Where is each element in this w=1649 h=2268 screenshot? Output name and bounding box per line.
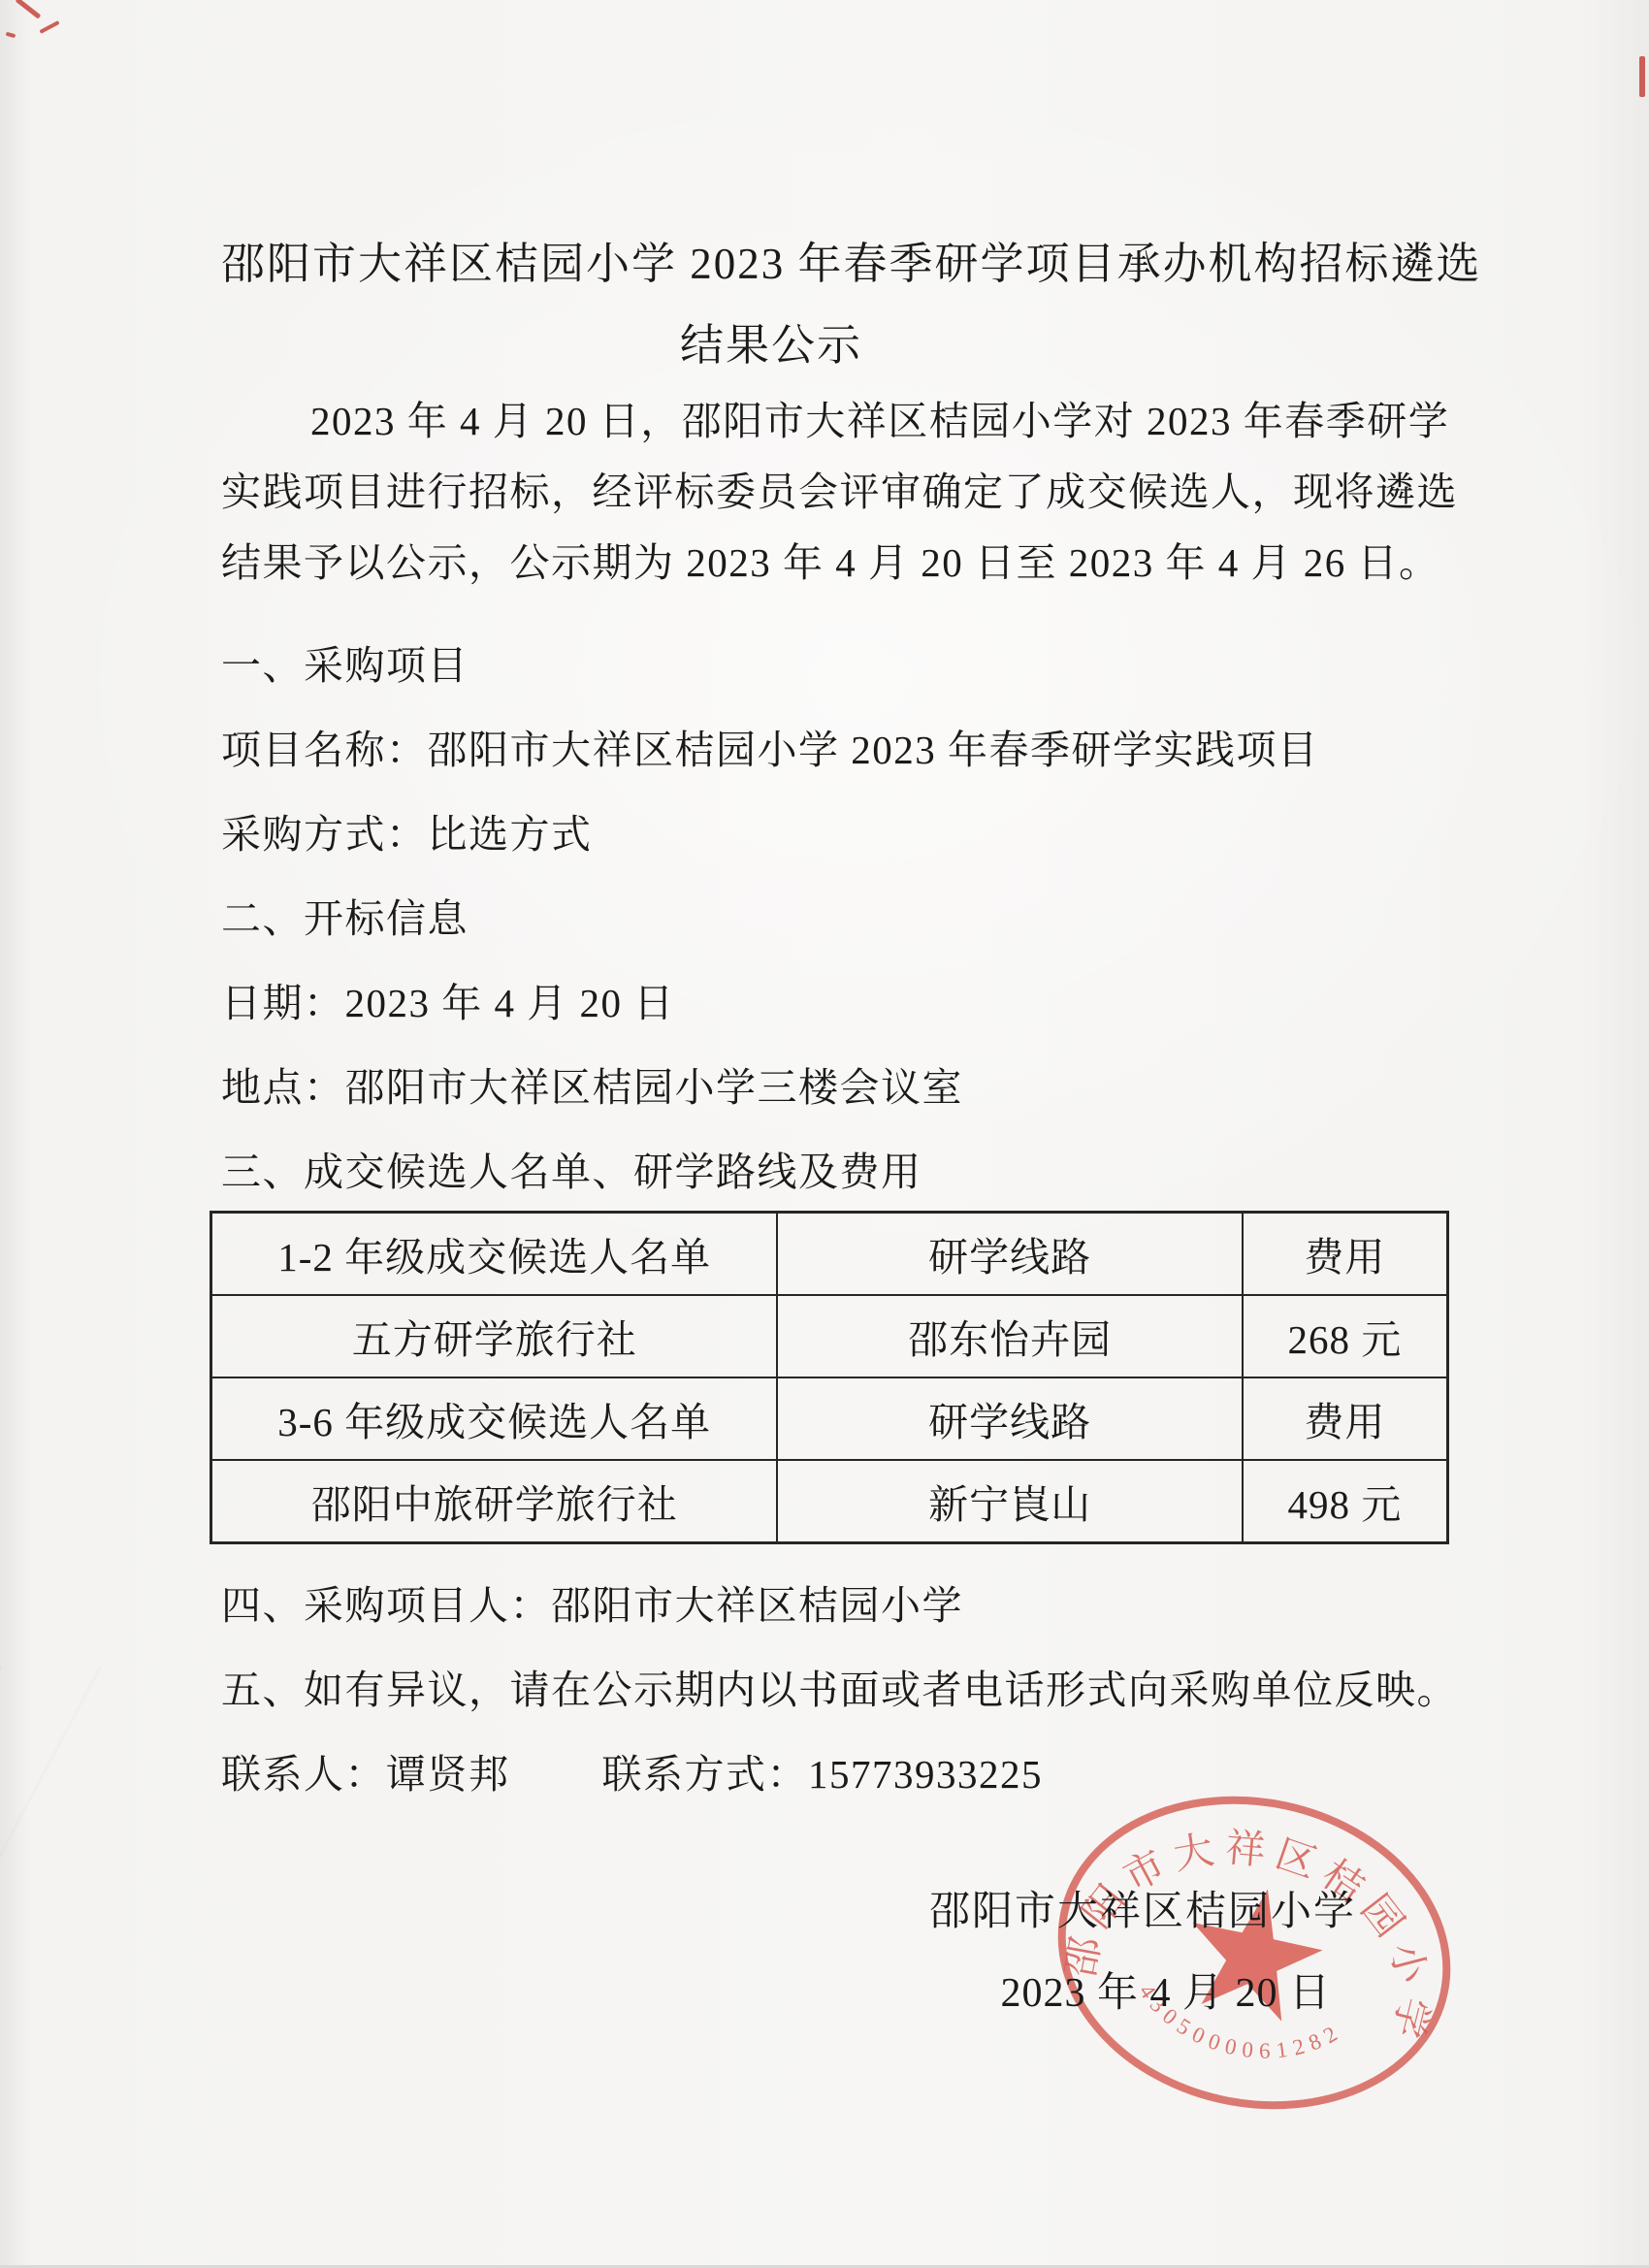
purchaser-line: 四、采购项目人：邵阳市大祥区桔园小学 [221,1564,1447,1648]
section-list: 一、采购项目 项目名称：邵阳市大祥区桔园小学 2023 年春季研学实践项目 采购… [221,624,1447,1215]
table-row-grade36-winner: 邵阳中旅研学旅行社 新宁崀山 498 元 [211,1460,1448,1543]
purchase-method-line: 采购方式：比选方式 [221,793,1447,877]
table-cell: 邵东怡卉园 [777,1295,1242,1377]
table-cell: 邵阳中旅研学旅行社 [211,1460,778,1543]
paragraph-line: 实践项目进行招标，经评标委员会评审确定了成交候选人，现将遴选 [221,457,1447,528]
document-content: 邵阳市大祥区桔园小学 2023 年春季研学项目承办机构招标遴选 结果公示 202… [0,0,1649,2034]
table-cell: 研学线路 [777,1377,1242,1460]
table-cell: 费用 [1243,1213,1448,1296]
bid-date-line: 日期：2023 年 4 月 20 日 [221,961,1447,1046]
table-cell: 268 元 [1243,1295,1448,1377]
signature-date: 2023 年 4 月 20 日 [221,1953,1447,2034]
paragraph-line: 结果予以公示，公示期为 2023 年 4 月 20 日至 2023 年 4 月 … [221,528,1447,599]
signature-block: 邵阳市大祥区桔园小学 2023 年 4 月 20 日 [221,1871,1447,2034]
signature-organization: 邵阳市大祥区桔园小学 [221,1871,1447,1953]
title-line-1: 邵阳市大祥区桔园小学 2023 年春季研学项目承办机构招标遴选 [221,223,1321,305]
document-title: 邵阳市大祥区桔园小学 2023 年春季研学项目承办机构招标遴选 结果公示 [221,223,1447,386]
table-row-grade12-winner: 五方研学旅行社 邵东怡卉园 268 元 [211,1295,1448,1377]
table-cell: 498 元 [1243,1460,1448,1543]
table-cell: 研学线路 [777,1213,1242,1296]
title-line-2: 结果公示 [221,305,1321,386]
contact-line: 联系人：谭贤邦联系方式：15773933225 [221,1733,1447,1817]
table-cell: 五方研学旅行社 [211,1295,778,1377]
heading-candidates-table: 三、成交候选人名单、研学路线及费用 [221,1130,1447,1215]
table-row-grade36-header: 3-6 年级成交候选人名单 研学线路 费用 [211,1377,1448,1460]
intro-paragraph: 2023 年 4 月 20 日，邵阳市大祥区桔园小学对 2023 年春季研学 实… [221,386,1447,599]
table-cell: 3-6 年级成交候选人名单 [211,1377,778,1460]
bid-location-line: 地点：邵阳市大祥区桔园小学三楼会议室 [221,1046,1447,1130]
scanned-document-page: 邵阳市大祥区桔园小学 2023 年春季研学项目承办机构招标遴选 结果公示 202… [0,0,1649,2268]
table-cell: 新宁崀山 [777,1460,1242,1543]
table-cell: 1-2 年级成交候选人名单 [211,1213,778,1296]
objection-line: 五、如有异议，请在公示期内以书面或者电话形式向采购单位反映。 [221,1648,1447,1733]
table-cell: 费用 [1243,1377,1448,1460]
table-row-grade12-header: 1-2 年级成交候选人名单 研学线路 费用 [211,1213,1448,1296]
heading-bid-opening-info: 二、开标信息 [221,877,1447,961]
contact-phone: 联系方式：15773933225 [602,1752,1044,1797]
candidates-table: 1-2 年级成交候选人名单 研学线路 费用 五方研学旅行社 邵东怡卉园 268 … [210,1211,1449,1544]
closing-section: 四、采购项目人：邵阳市大祥区桔园小学 五、如有异议，请在公示期内以书面或者电话形… [221,1564,1447,1817]
contact-person: 联系人：谭贤邦 [221,1752,510,1797]
project-name-line: 项目名称：邵阳市大祥区桔园小学 2023 年春季研学实践项目 [221,708,1447,793]
heading-purchase-project: 一、采购项目 [221,624,1447,708]
paragraph-line: 2023 年 4 月 20 日，邵阳市大祥区桔园小学对 2023 年春季研学 [221,386,1447,457]
